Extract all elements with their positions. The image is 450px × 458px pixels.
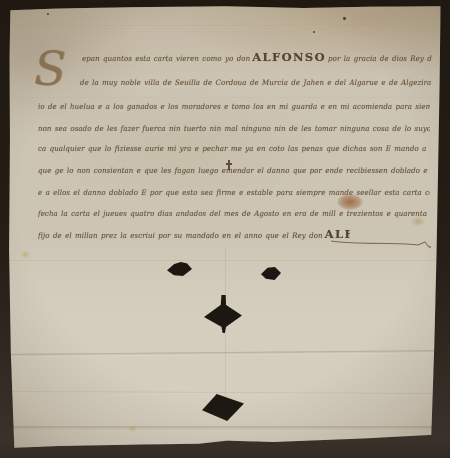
text-line: io de el huelua e a los ganados e los mo…	[38, 100, 430, 114]
ink-speck	[313, 31, 315, 33]
text-line: de la muy noble villa de Seuilla de Cord…	[80, 76, 432, 90]
seal-slit-large-center	[204, 295, 242, 333]
decorated-initial-letter: S	[34, 44, 82, 100]
photograph-of-charter: S epan quantos esta carta vieren como yo…	[0, 0, 450, 458]
ink-speck	[47, 13, 49, 15]
seal-slit-small-left	[167, 262, 192, 276]
text-line: fecha la carta el jueues quatro dias and…	[38, 207, 430, 221]
top-crease	[6, 25, 444, 27]
text-line: e a ellos el danno doblado E por que est…	[38, 186, 430, 200]
yellow-green-speck-stain	[128, 425, 137, 432]
royal-name-alfonso: ALFONSO	[250, 50, 328, 64]
middle-fold-crease	[6, 260, 444, 262]
ink-speck	[343, 17, 346, 20]
text-line-segment: por la gracia de dios Rey de Castiella d…	[328, 55, 432, 63]
plica-fold-crease	[6, 426, 444, 430]
text-line-segment: fijo de el millan prez la escriui por su…	[38, 232, 323, 240]
yellow-stain	[20, 250, 31, 259]
cross-mark	[228, 160, 230, 170]
lower-crease	[6, 391, 444, 395]
text-line: epan quantos esta carta vieren como yo d…	[82, 50, 432, 66]
text-line: fijo de el millan prez la escriui por su…	[38, 227, 350, 243]
pen-flourish-line	[330, 238, 434, 250]
parchment-sheet: S epan quantos esta carta vieren como yo…	[6, 4, 444, 450]
strong-lower-fold-crease	[6, 350, 444, 357]
text-line-segment: epan quantos esta carta vieren como yo d…	[82, 55, 250, 63]
seal-slit-small-right	[261, 267, 281, 280]
text-line: que ge lo non consientan e que les fagan…	[38, 164, 430, 178]
text-line: ca qualquier que lo fiziesse aurie mi yr…	[38, 142, 430, 156]
text-line: non sea osado de les fazer fuerca nin tu…	[38, 122, 430, 136]
seal-slit-plica	[202, 394, 244, 421]
